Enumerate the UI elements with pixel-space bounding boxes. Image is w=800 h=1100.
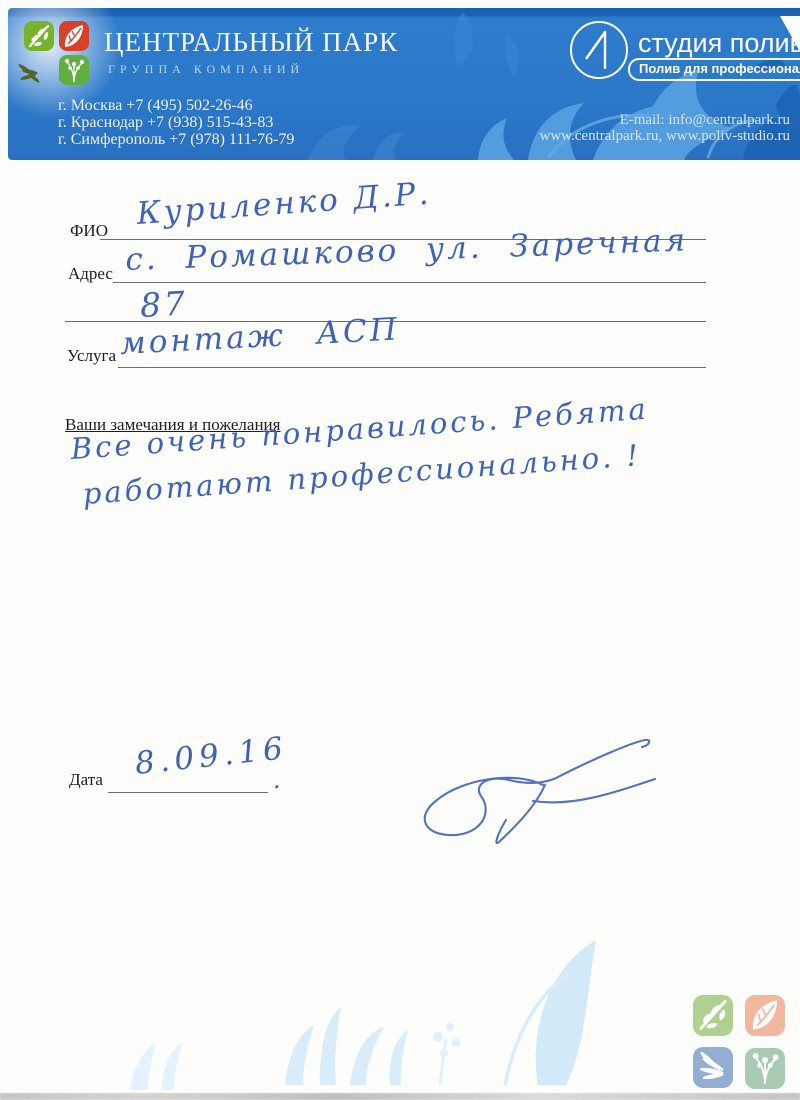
- email-line: E-mail: info@centralpark.ru: [540, 112, 791, 128]
- contact-phones: г. Москва +7 (495) 502-26-46 г. Краснода…: [58, 97, 294, 148]
- green-berries-icon: [59, 55, 89, 85]
- company-name: ЦЕНТРАЛЬНЫЙ ПАРК: [104, 27, 398, 58]
- blue-palm-icon: [693, 1047, 733, 1088]
- address-label: Адрес: [68, 264, 113, 284]
- sage-berries-icon: [745, 1048, 785, 1089]
- address-handwritten-line1: с. Ромашково ул. Заречная: [125, 222, 689, 278]
- scan-edge-shadow: [0, 1093, 800, 1100]
- date-underline: [108, 792, 268, 793]
- header-banner: ЦЕНТРАЛЬНЫЙ ПАРК ГРУППА КОМПАНИЙ г. Моск…: [8, 8, 800, 160]
- pastel-twig-icon: [693, 995, 733, 1036]
- salmon-leaf-icon: [745, 995, 785, 1036]
- studio-tagline-badge: Полив для профессионалов: [628, 58, 800, 81]
- date-label: Дата: [69, 770, 103, 790]
- contact-email-block: E-mail: info@centralpark.ru www.centralp…: [540, 112, 791, 144]
- phone-moscow: г. Москва +7 (495) 502-26-46: [58, 97, 294, 114]
- company-logo: [24, 21, 90, 93]
- scanned-feedback-form: ЦЕНТРАЛЬНЫЙ ПАРК ГРУППА КОМПАНИЙ г. Моск…: [0, 0, 800, 1100]
- green-twig-icon: [24, 21, 54, 51]
- red-leaf-icon: [59, 21, 89, 51]
- phone-krasnodar: г. Краснодар +7 (938) 515-43-83: [58, 114, 294, 131]
- fio-handwritten-value: Куриленко Д.Р.: [135, 176, 432, 232]
- service-label: Услуга: [67, 346, 116, 366]
- signature: [393, 725, 658, 850]
- dark-olive-branch-icon: [16, 57, 46, 87]
- websites-line: www.centralpark.ru, www.poliv-studio.ru: [540, 128, 791, 144]
- address-handwritten-line2: 87: [139, 284, 189, 325]
- footer-logo: [693, 995, 785, 1089]
- address-underline-1: [113, 282, 706, 283]
- date-period: .: [273, 766, 284, 794]
- fio-label: ФИО: [70, 221, 108, 241]
- faint-plants-icon: [100, 935, 660, 1097]
- studio-name: студия полива: [638, 28, 800, 59]
- number-one-circle-icon: [568, 19, 632, 83]
- company-subtitle: ГРУППА КОМПАНИЙ: [108, 62, 304, 77]
- phone-simferopol: г. Симферополь +7 (978) 111-76-79: [58, 131, 294, 148]
- service-underline: [118, 367, 706, 368]
- date-handwritten-value: 8.09.16: [133, 730, 289, 782]
- scan-corner-artifact: [778, 16, 800, 68]
